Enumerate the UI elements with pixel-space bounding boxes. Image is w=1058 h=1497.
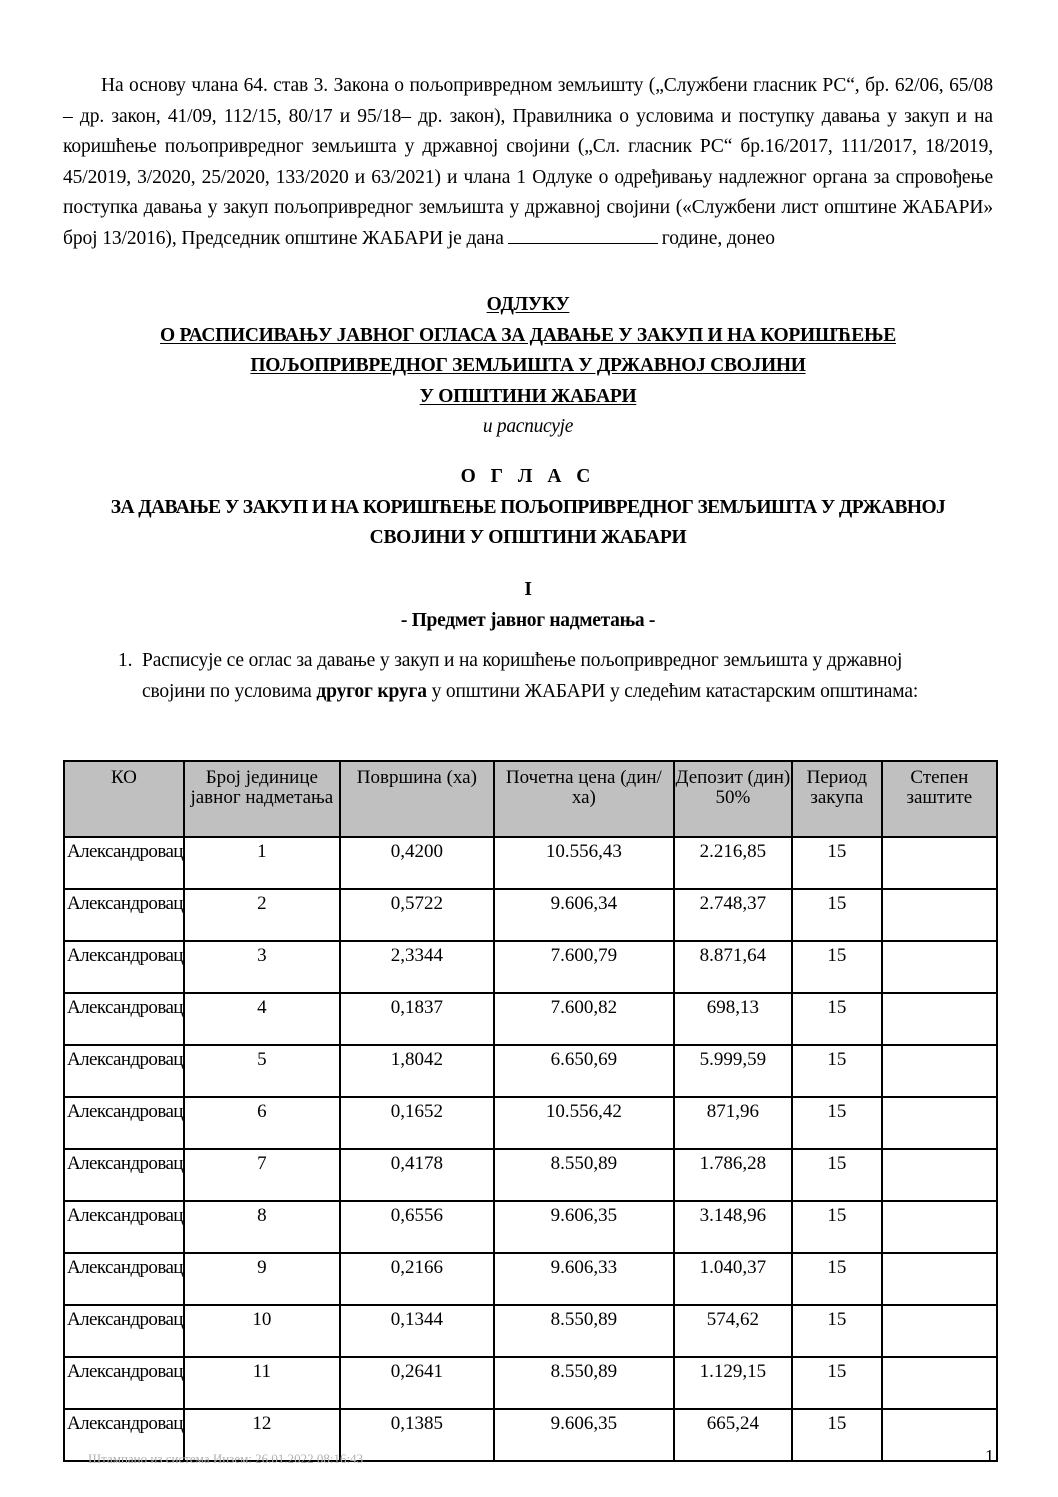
table-row: Александровац32,33447.600,798.871,6415 <box>64 941 997 993</box>
announcement-line-1: ЗА ДАВАЊЕ У ЗАКУП И НА КОРИШЋЕЊЕ ПОЉОПРИ… <box>63 493 993 524</box>
header-lease-period: Период закупа <box>792 761 882 837</box>
cell-protection-level <box>882 889 997 941</box>
document-page: На основу члана 64. став 3. Закона о пољ… <box>0 0 1058 1497</box>
section-title: - Предмет јавног надметања - <box>63 606 993 637</box>
cell-area: 2,3344 <box>340 941 494 993</box>
list-item-text-1: Расписује се оглас за давање у закуп и н… <box>142 650 902 671</box>
table-header-row: КО Број јединице јавног надметања Површи… <box>64 761 997 837</box>
decision-title: ОДЛУКУ <box>63 290 993 321</box>
intro-paragraph: На основу члана 64. став 3. Закона о пољ… <box>63 71 993 254</box>
intro-text: На основу члана 64. став 3. Закона о пољ… <box>63 75 993 249</box>
cell-starting-price: 8.550,89 <box>494 1305 674 1357</box>
cell-deposit: 698,13 <box>674 993 792 1045</box>
print-footer: Штампано из система Инзем: 26.01.2022 08… <box>88 1451 363 1467</box>
list-item-1: 1. Расписује се оглас за давање у закуп … <box>118 646 998 707</box>
cell-unit-number: 1 <box>184 837 340 889</box>
cell-deposit: 665,24 <box>674 1409 792 1461</box>
cell-starting-price: 6.650,69 <box>494 1045 674 1097</box>
list-item-line-2: својини по условима другог круга у општи… <box>118 677 998 708</box>
cell-lease-period: 15 <box>792 1097 882 1149</box>
cell-area: 0,2641 <box>340 1357 494 1409</box>
cell-lease-period: 15 <box>792 1409 882 1461</box>
list-item-line-1: Расписује се оглас за давање у закуп и н… <box>118 646 998 677</box>
decision-subtitle: и расписује <box>63 412 993 443</box>
cell-protection-level <box>882 941 997 993</box>
parcels-table: КО Број јединице јавног надметања Површи… <box>63 760 998 1462</box>
intro-text-end: године, донео <box>662 228 775 249</box>
cell-unit-number: 9 <box>184 1253 340 1305</box>
header-area: Површина (ха) <box>340 761 494 837</box>
cell-starting-price: 10.556,42 <box>494 1097 674 1149</box>
table-row: Александровац80,65569.606,353.148,9615 <box>64 1201 997 1253</box>
cell-area: 0,6556 <box>340 1201 494 1253</box>
list-item-text-2a: својини по условима <box>142 681 312 702</box>
table-row: Александровац70,41788.550,891.786,2815 <box>64 1149 997 1201</box>
table-row: Александровац51,80426.650,695.999,5915 <box>64 1045 997 1097</box>
cell-lease-period: 15 <box>792 889 882 941</box>
cell-protection-level <box>882 1305 997 1357</box>
cell-ko: Александровац <box>64 1357 184 1409</box>
decision-line-3: У ОПШТИНИ ЖАБАРИ <box>63 382 993 413</box>
table-row: Александровац40,18377.600,82698,1315 <box>64 993 997 1045</box>
cell-protection-level <box>882 1409 997 1461</box>
cell-deposit: 574,62 <box>674 1305 792 1357</box>
cell-unit-number: 11 <box>184 1357 340 1409</box>
cell-ko: Александровац <box>64 1253 184 1305</box>
cell-ko: Александровац <box>64 837 184 889</box>
section-heading: I - Предмет јавног надметања - <box>63 575 993 636</box>
cell-protection-level <box>882 1149 997 1201</box>
cell-ko: Александровац <box>64 1045 184 1097</box>
cell-starting-price: 7.600,79 <box>494 941 674 993</box>
table-row: Александровац20,57229.606,342.748,3715 <box>64 889 997 941</box>
announcement-heading: О Г Л А С ЗА ДАВАЊЕ У ЗАКУП И НА КОРИШЋЕ… <box>63 462 993 554</box>
cell-unit-number: 2 <box>184 889 340 941</box>
cell-lease-period: 15 <box>792 941 882 993</box>
cell-deposit: 1.129,15 <box>674 1357 792 1409</box>
cell-deposit: 2.216,85 <box>674 837 792 889</box>
cell-area: 1,8042 <box>340 1045 494 1097</box>
cell-area: 0,5722 <box>340 889 494 941</box>
table-row: Александровац110,26418.550,891.129,1515 <box>64 1357 997 1409</box>
decision-line-1: О РАСПИСИВАЊУ ЈАВНОГ ОГЛАСА ЗА ДАВАЊЕ У … <box>63 321 993 352</box>
cell-area: 0,1837 <box>340 993 494 1045</box>
cell-area: 0,1344 <box>340 1305 494 1357</box>
cell-protection-level <box>882 993 997 1045</box>
cell-lease-period: 15 <box>792 1045 882 1097</box>
cell-ko: Александровац <box>64 1305 184 1357</box>
table-row: Александровац60,165210.556,42871,9615 <box>64 1097 997 1149</box>
cell-lease-period: 15 <box>792 837 882 889</box>
decision-line-2: ПОЉОПРИВРЕДНОГ ЗЕМЉИШТА У ДРЖАВНОЈ СВОЈИ… <box>63 351 993 382</box>
cell-lease-period: 15 <box>792 1357 882 1409</box>
cell-deposit: 871,96 <box>674 1097 792 1149</box>
cell-starting-price: 10.556,43 <box>494 837 674 889</box>
cell-deposit: 5.999,59 <box>674 1045 792 1097</box>
cell-area: 0,4178 <box>340 1149 494 1201</box>
cell-deposit: 1.786,28 <box>674 1149 792 1201</box>
section-numeral: I <box>63 575 993 606</box>
cell-lease-period: 15 <box>792 1201 882 1253</box>
announcement-line-2: СВОЈИНИ У ОПШТИНИ ЖАБАРИ <box>63 523 993 554</box>
cell-protection-level <box>882 1201 997 1253</box>
header-unit-number: Број јединице јавног надметања <box>184 761 340 837</box>
cell-unit-number: 3 <box>184 941 340 993</box>
cell-lease-period: 15 <box>792 1305 882 1357</box>
cell-protection-level <box>882 837 997 889</box>
cell-unit-number: 6 <box>184 1097 340 1149</box>
cell-unit-number: 5 <box>184 1045 340 1097</box>
cell-lease-period: 15 <box>792 993 882 1045</box>
round-emphasis: другог круга <box>316 681 426 702</box>
date-blank-line <box>508 225 658 244</box>
cell-protection-level <box>882 1045 997 1097</box>
decision-heading: ОДЛУКУ О РАСПИСИВАЊУ ЈАВНОГ ОГЛАСА ЗА ДА… <box>63 290 993 443</box>
cell-unit-number: 10 <box>184 1305 340 1357</box>
list-item-text-2b: у општини ЖАБАРИ у следећим катастарским… <box>432 681 919 702</box>
cell-ko: Александровац <box>64 1149 184 1201</box>
header-ko: КО <box>64 761 184 837</box>
cell-lease-period: 15 <box>792 1149 882 1201</box>
cell-protection-level <box>882 1357 997 1409</box>
cell-starting-price: 9.606,35 <box>494 1201 674 1253</box>
cell-area: 0,2166 <box>340 1253 494 1305</box>
announcement-title: О Г Л А С <box>63 462 993 493</box>
cell-ko: Александровац <box>64 993 184 1045</box>
cell-ko: Александровац <box>64 941 184 993</box>
cell-starting-price: 9.606,33 <box>494 1253 674 1305</box>
cell-lease-period: 15 <box>792 1253 882 1305</box>
cell-starting-price: 7.600,82 <box>494 993 674 1045</box>
cell-deposit: 2.748,37 <box>674 889 792 941</box>
list-item-number: 1. <box>118 646 132 677</box>
cell-deposit: 3.148,96 <box>674 1201 792 1253</box>
cell-ko: Александровац <box>64 1097 184 1149</box>
cell-area: 0,1652 <box>340 1097 494 1149</box>
cell-deposit: 8.871,64 <box>674 941 792 993</box>
cell-starting-price: 9.606,34 <box>494 889 674 941</box>
cell-starting-price: 9.606,35 <box>494 1409 674 1461</box>
cell-unit-number: 8 <box>184 1201 340 1253</box>
header-protection-level: Степен заштите <box>882 761 997 837</box>
table-row: Александровац90,21669.606,331.040,3715 <box>64 1253 997 1305</box>
page-number: 1 <box>985 1446 994 1467</box>
cell-starting-price: 8.550,89 <box>494 1357 674 1409</box>
header-deposit: Депозит (дин) 50% <box>674 761 792 837</box>
cell-deposit: 1.040,37 <box>674 1253 792 1305</box>
cell-protection-level <box>882 1097 997 1149</box>
table-row: Александровац10,420010.556,432.216,8515 <box>64 837 997 889</box>
table-row: Александровац100,13448.550,89574,6215 <box>64 1305 997 1357</box>
table-body: Александровац10,420010.556,432.216,8515А… <box>64 837 997 1461</box>
cell-area: 0,4200 <box>340 837 494 889</box>
cell-ko: Александровац <box>64 889 184 941</box>
cell-unit-number: 7 <box>184 1149 340 1201</box>
cell-unit-number: 4 <box>184 993 340 1045</box>
cell-starting-price: 8.550,89 <box>494 1149 674 1201</box>
header-starting-price: Почетна цена (дин/ха) <box>494 761 674 837</box>
cell-protection-level <box>882 1253 997 1305</box>
cell-ko: Александровац <box>64 1201 184 1253</box>
